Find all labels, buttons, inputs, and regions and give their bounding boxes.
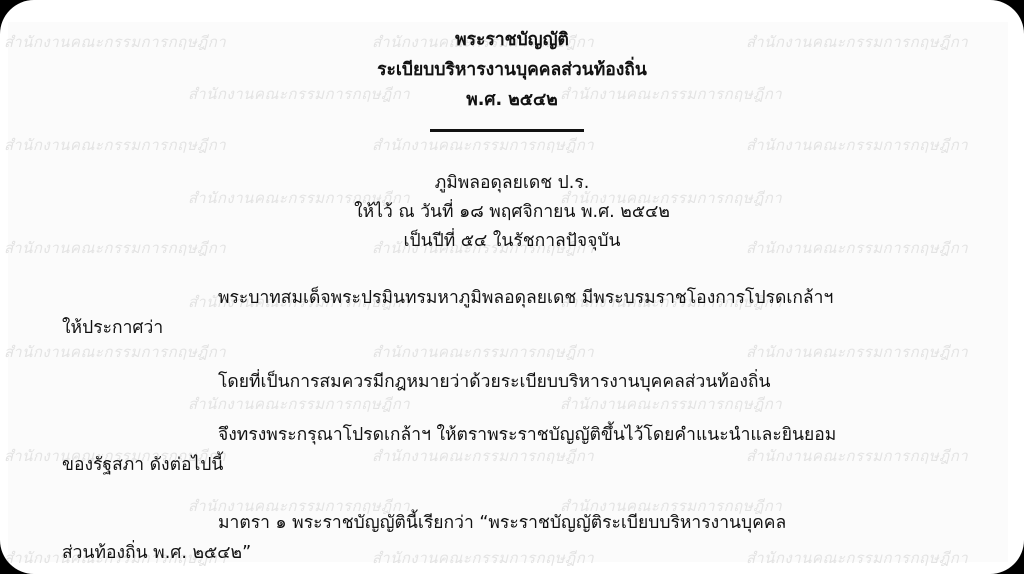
watermark: สำนักงานคณะกรรมการกฤษฎีกา xyxy=(746,546,968,570)
watermark: สำนักงานคณะกรรมการกฤษฎีกา xyxy=(188,392,410,416)
watermark: สำนักงานคณะกรรมการกฤษฎีกา xyxy=(560,392,782,416)
section-1-line-2: ส่วนท้องถิ่น พ.ศ. ๒๕๔๒” xyxy=(62,538,251,566)
given-date: ให้ไว้ ณ วันที่ ๑๘ พฤศจิกายน พ.ศ. ๒๕๔๒ xyxy=(0,197,1024,225)
section-1-line-1: มาตรา ๑ พระราชบัญญัตินี้เรียกว่า “พระราช… xyxy=(218,508,786,536)
preamble-line-2: ให้ประกาศว่า xyxy=(62,313,163,341)
watermark: สำนักงานคณะกรรมการกฤษฎีกา xyxy=(746,340,968,364)
watermark: สำนักงานคณะกรรมการกฤษฎีกา xyxy=(372,340,594,364)
enactment-line-2: ของรัฐสภา ดังต่อไปนี้ xyxy=(62,450,223,478)
document-subtitle: ระเบียบบริหารงานบุคคลส่วนท้องถิ่น xyxy=(0,55,1024,83)
document-title: พระราชบัญญัติ xyxy=(0,25,1024,53)
rationale-paragraph: โดยที่เป็นการสมควรมีกฎหมายว่าด้วยระเบียบ… xyxy=(218,367,770,395)
watermark: สำนักงานคณะกรรมการกฤษฎีกา xyxy=(4,133,226,157)
screen-frame: สำนักงานคณะกรรมการกฤษฎีกา สำนักงานคณะกรร… xyxy=(0,0,1024,574)
preamble-line-1: พระบาทสมเด็จพระปรมินทรมหาภูมิพลอดุลยเดช … xyxy=(218,283,833,311)
watermark: สำนักงานคณะกรรมการกฤษฎีกา xyxy=(4,340,226,364)
watermark: สำนักงานคณะกรรมการกฤษฎีกา xyxy=(372,133,594,157)
document-page: สำนักงานคณะกรรมการกฤษฎีกา สำนักงานคณะกรร… xyxy=(0,0,1024,574)
document-year: พ.ศ. ๒๕๔๒ xyxy=(0,85,1024,113)
royal-signature: ภูมิพลอดุลยเดช ป.ร. xyxy=(0,168,1024,196)
watermark: สำนักงานคณะกรรมการกฤษฎีกา xyxy=(746,133,968,157)
watermark: สำนักงานคณะกรรมการกฤษฎีกา xyxy=(372,546,594,570)
enactment-line-1: จึงทรงพระกรุณาโปรดเกล้าฯ ให้ตราพระราชบัญ… xyxy=(218,420,836,448)
reign-year: เป็นปีที่ ๕๔ ในรัชกาลปัจจุบัน xyxy=(0,226,1024,254)
title-divider xyxy=(430,129,584,132)
